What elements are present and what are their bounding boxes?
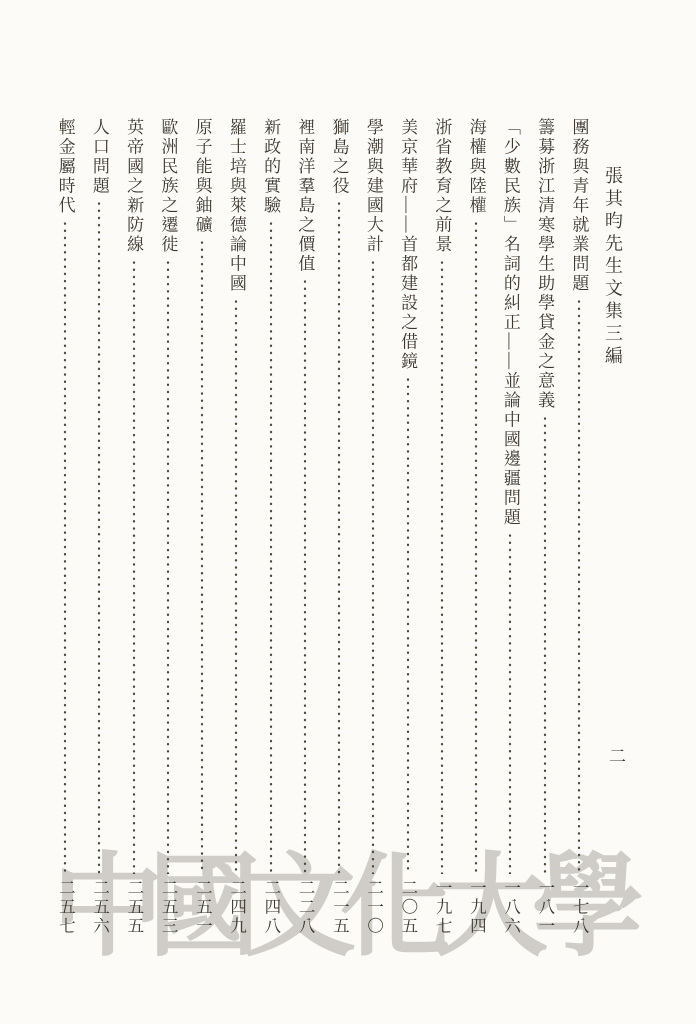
dot-leader	[508, 532, 512, 875]
toc-entry-page: 二四八	[262, 879, 279, 936]
toc-entry: 裡南洋羣島之價值 二二八	[288, 118, 322, 936]
dot-leader	[132, 259, 136, 875]
dot-leader	[166, 259, 170, 875]
toc-entry: 歐洲民族之遷徙 二五三	[151, 118, 185, 936]
folio-page-number: 二	[607, 747, 624, 764]
dot-leader	[337, 200, 341, 874]
toc-entry-page: 二五一	[194, 879, 211, 936]
toc-entry-page: 一八一	[536, 879, 553, 936]
toc-entry: 人口問題 二五六	[82, 118, 116, 936]
toc-entry-page: 二二八	[297, 879, 314, 936]
toc-entry-title: 美京華府——首都建設之借鏡	[399, 118, 416, 372]
toc-entry-page: 二一五	[331, 879, 348, 936]
toc-entry: 原子能與鈾礦 二五一	[185, 118, 219, 936]
toc-entry: 海權與陸權 一九四	[459, 118, 493, 936]
toc-entry-title: 新政的實驗	[262, 118, 279, 216]
toc-entry-title: 籌募浙江清寒學生助學貸金之意義	[536, 118, 553, 411]
toc-entry-title: 輕金屬時代	[57, 118, 74, 216]
toc-entry-title: 英帝國之新防線	[125, 118, 142, 255]
dot-leader	[63, 220, 67, 875]
dot-leader	[200, 239, 204, 874]
toc-entry-page: 二四九	[228, 879, 245, 936]
dot-leader	[406, 376, 410, 875]
dot-leader	[303, 278, 307, 874]
toc-entry-page: 二五三	[160, 879, 177, 936]
toc-entry-title: 原子能與鈾礦	[194, 118, 211, 235]
toc-entry-page: 二五六	[91, 879, 108, 936]
toc-entry-title: 學潮與建國大計	[365, 118, 382, 255]
toc-entry-page: 二五七	[57, 879, 74, 936]
toc-entry-title: 浙省教育之前景	[433, 118, 450, 255]
dot-leader	[474, 220, 478, 875]
toc-entry: 獅島之役 二一五	[322, 118, 356, 936]
toc-entry: 美京華府——首都建設之借鏡 二〇五	[391, 118, 425, 936]
toc-entry-title: 歐洲民族之遷徙	[159, 118, 176, 255]
toc-entry-page: 一七八	[571, 879, 588, 936]
toc-entry: 輕金屬時代 二五七	[48, 118, 82, 936]
toc-entry: 浙省教育之前景 一九七	[425, 118, 459, 936]
toc-entry-page: 一八六	[502, 879, 519, 936]
toc-entry-page: 一九四	[468, 879, 485, 936]
toc-entry: 英帝國之新防線 二五五	[117, 118, 151, 936]
toc-entry: 籌募浙江清寒學生助學貸金之意義 一八一	[528, 118, 562, 936]
dot-leader	[269, 220, 273, 875]
scanned-toc-page: 中國文化大學 張其昀先生文集三編 二 團務與青年就業問題 一七八 籌募浙江清寒學…	[0, 0, 696, 1024]
toc-entry-page: 二五五	[125, 879, 142, 936]
toc-entry-title: 團務與青年就業問題	[570, 118, 587, 294]
dot-leader	[97, 200, 101, 874]
toc-entry-title: 裡南洋羣島之價值	[296, 118, 313, 274]
toc-entry-page: 二〇五	[399, 879, 416, 936]
toc-entry-page: 二一〇	[365, 879, 382, 936]
toc-entry-title: 獅島之役	[331, 118, 348, 196]
dot-leader	[543, 415, 547, 875]
toc-entry-page: 一九七	[434, 879, 451, 936]
dot-leader	[234, 298, 238, 875]
toc-entry-title: 「少數民族」名詞的糾正——並論中國邊疆問題	[502, 118, 519, 528]
toc-entry: 學潮與建國大計 二一〇	[356, 118, 390, 936]
toc: 團務與青年就業問題 一七八 籌募浙江清寒學生助學貸金之意義 一八一 「少數民族」…	[48, 118, 596, 936]
toc-entry-title: 海權與陸權	[468, 118, 485, 216]
running-head-book-title: 張其昀先生文集三編	[604, 166, 622, 369]
dot-leader	[577, 298, 581, 875]
toc-entry: 羅士培與萊德論中國 二四九	[219, 118, 253, 936]
dot-leader	[440, 259, 444, 875]
toc-entry: 新政的實驗 二四八	[254, 118, 288, 936]
toc-entry-title: 羅士培與萊德論中國	[228, 118, 245, 294]
toc-entry: 團務與青年就業問題 一七八	[562, 118, 596, 936]
toc-entry-title: 人口問題	[91, 118, 108, 196]
toc-entry: 「少數民族」名詞的糾正——並論中國邊疆問題 一八六	[493, 118, 527, 936]
dot-leader	[371, 259, 375, 875]
